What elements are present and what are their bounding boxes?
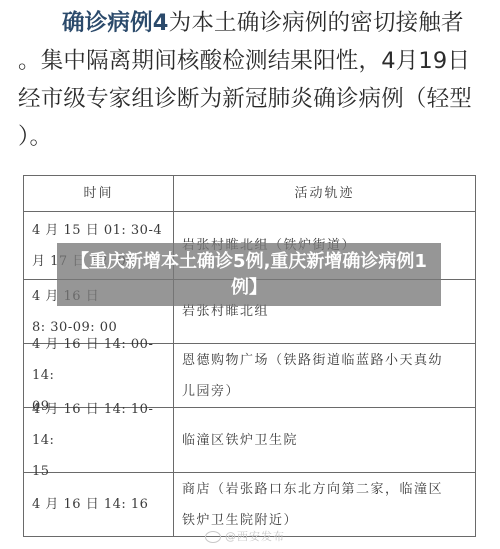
activity-cell: 商店（岩张路口东北方向第二家，临潼区 铁炉卫生院附近） [174,473,475,536]
time-text: 4 月 16 日 14: 10-14: [32,394,165,456]
activity-trajectory-table: 时间 活动轨迹 4 月 15 日 01: 30-4 月 17 日 12: 00 … [23,175,476,537]
intro-line-1-text: 为本土确诊病例的密切接触者 [169,10,464,36]
time-cell: 4 月 16 日 14: 16 [24,473,174,536]
case-highlight: 确诊病例4 [62,10,169,36]
headline-overlay-banner[interactable]: 【重庆新增本土确诊5例,重庆新增确诊病例1例】 [57,243,441,306]
intro-line-2: 。集中隔离期间核酸检测结果阳性，4月19日 [18,42,488,80]
header-activity: 活动轨迹 [174,176,475,211]
table-row: 4 月 16 日 14: 10-14: 15 临潼区铁炉卫生院 [24,407,475,472]
activity-text: 商店（岩张路口东北方向第二家，临潼区 [182,474,467,505]
activity-cell: 临潼区铁炉卫生院 [174,408,475,472]
intro-line-3: 经市级专家组诊断为新冠肺炎确诊病例（轻型 [18,80,488,118]
watermark-text: @西安发布 [225,530,285,543]
table-row: 4 月 16 日 14: 16 商店（岩张路口东北方向第二家，临潼区 铁炉卫生院… [24,472,475,536]
source-watermark: @西安发布 [205,528,285,544]
table-header-row: 时间 活动轨迹 [24,176,475,211]
time-text: 4 月 15 日 01: 30-4 [32,215,165,246]
header-time: 时间 [24,176,174,211]
activity-cell: 恩德购物广场（铁路街道临蓝路小天真幼 儿园旁） [174,344,475,407]
article-intro: 确诊病例4为本土确诊病例的密切接触者 。集中隔离期间核酸检测结果阳性，4月19日… [18,4,488,156]
time-cell: 4 月 16 日 14: 10-14: 15 [24,408,174,472]
activity-text: 恩德购物广场（铁路街道临蓝路小天真幼 [182,345,467,376]
intro-line-4: ）。 [18,118,488,156]
activity-text: 临潼区铁炉卫生院 [182,425,467,456]
weibo-logo-icon [205,531,221,543]
activity-text: 儿园旁） [182,376,467,407]
time-text: 4 月 16 日 14: 16 [32,489,165,520]
time-text: 4 月 16 日 14: 00-14: [32,329,165,391]
intro-line-1: 确诊病例4为本土确诊病例的密切接触者 [18,4,488,42]
